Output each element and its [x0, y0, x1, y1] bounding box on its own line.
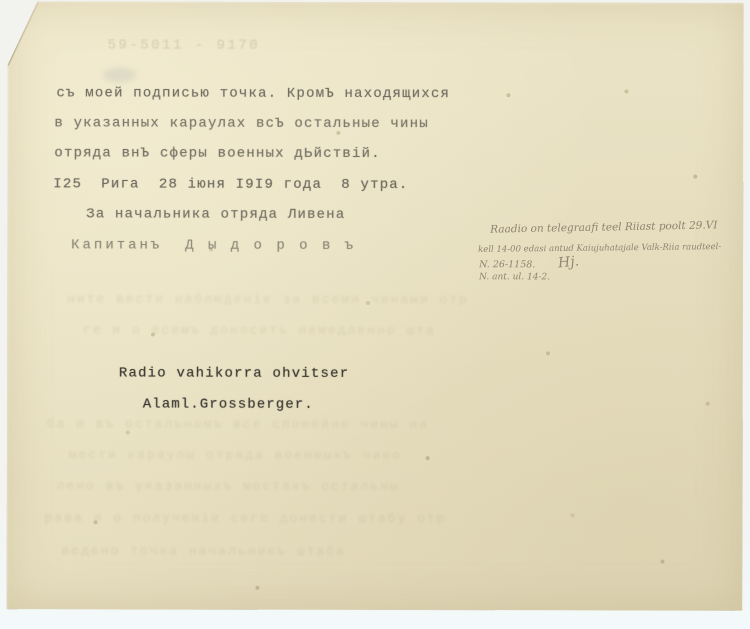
- faded-header-line: 59-5011 - 9170: [108, 37, 261, 53]
- handwritten-note-line-1: Raadio on telegraafi teel Riiast poolt 2…: [490, 219, 718, 235]
- ink-smudge: [102, 67, 136, 82]
- paper-speckles: [8, 1, 10, 3]
- document-paper: 59-5011 - 9170 съ моей подписью точка. К…: [6, 1, 743, 611]
- bleedthrough-line: ните вести наблюденіе за всеми чинами от…: [67, 291, 469, 307]
- handwritten-note-line-4: N. ant. ul. 14-2.: [479, 272, 550, 282]
- typed-line-3: отряда внЪ сферы военных дЬйствій.: [54, 145, 380, 162]
- handwritten-note-line-3: N. 26-1158.: [479, 259, 535, 270]
- handwritten-note-line-2: kell 14-00 edasi antud Kaiujuhatajale Va…: [478, 242, 721, 255]
- typed-line-commander: За начальника отряда Ливена: [86, 206, 345, 223]
- bleedthrough-line: ба и въ остальномъ все спокойно чины на: [47, 416, 429, 432]
- estonian-line-officer: Radio vahikorra ohvitser: [119, 365, 349, 381]
- typed-line-1: съ моей подписью точка. КромЪ находящихс…: [56, 85, 450, 102]
- bleedthrough-line: мести караулы отряда военныхъ чино: [69, 447, 402, 463]
- bleedthrough-line: рава и о полученіи сего донести штабу от…: [45, 510, 447, 526]
- bleedthrough-line: ге и о всемъ доносить немедленно шта: [83, 322, 436, 338]
- typed-line-date: I25 Рига 28 іюня I9I9 года 8 утра.: [53, 176, 408, 193]
- typed-line-2: в указанных караулах всЪ остальные чины: [54, 115, 429, 132]
- typed-line-captain-signature: Капитанъ Д ы д о р о в ъ: [71, 237, 356, 254]
- bleedthrough-line: ведено точка начальникъ штаба: [61, 543, 345, 559]
- estonian-line-name: Alaml.Grossberger.: [143, 397, 314, 413]
- bleedthrough-line: лено въ указанныхъ мостахъ остальны: [57, 478, 400, 494]
- scan-background: 59-5011 - 9170 съ моей подписью точка. К…: [0, 0, 750, 629]
- handwritten-initials: Hj.: [557, 253, 580, 271]
- corner-fold-crease: [7, 2, 39, 66]
